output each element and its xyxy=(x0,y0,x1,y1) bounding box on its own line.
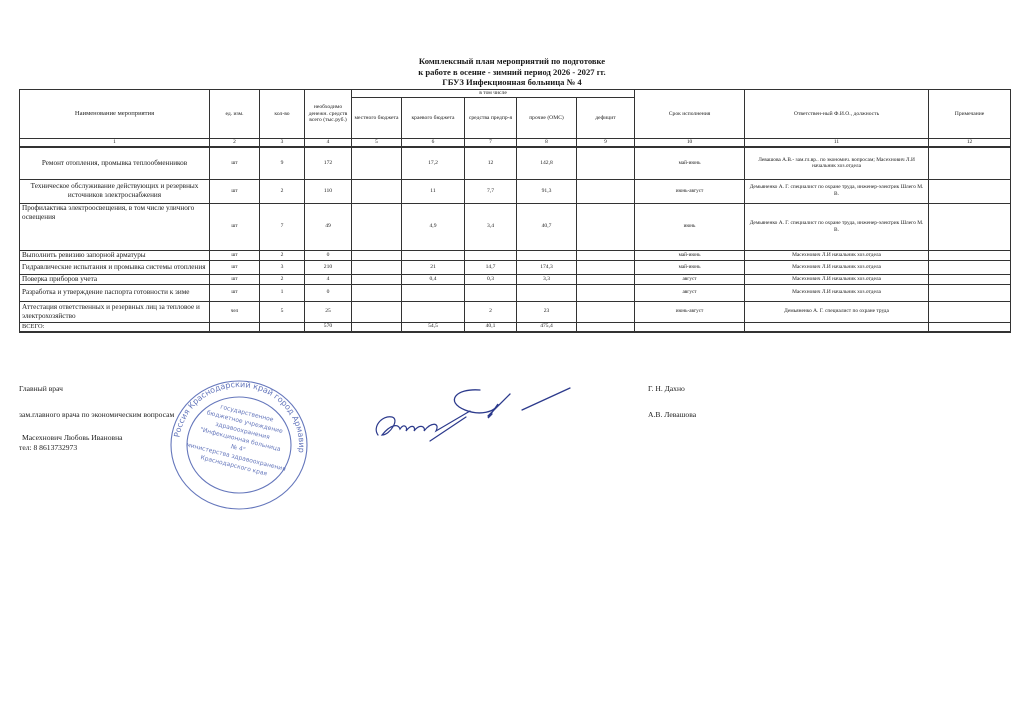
title-line-3: ГБУЗ Инфекционная больница № 4 xyxy=(0,77,1024,88)
total-funds-cell: 0 xyxy=(305,250,352,260)
regional-budget-cell: 11 xyxy=(402,179,465,203)
local-budget-cell xyxy=(352,274,402,284)
column-number: 6 xyxy=(402,139,465,148)
empty-cell xyxy=(745,322,929,332)
other-oms-cell: 174,3 xyxy=(517,260,577,274)
responsible-cell: Масехнович Л.И начальник хоз.отдела xyxy=(745,284,929,301)
responsible-cell: Демьяненко А. Г. специалист по охране тр… xyxy=(745,203,929,250)
table-row: Ремонт отопления, промывка теплообменник… xyxy=(20,147,1011,179)
total-funds-cell: 110 xyxy=(305,179,352,203)
regional-budget-cell: 21 xyxy=(402,260,465,274)
executor-phone: тел: 8 8613732973 xyxy=(19,443,77,452)
total-funds-cell: 25 xyxy=(305,301,352,322)
column-number: 7 xyxy=(465,139,517,148)
local-budget-cell xyxy=(352,260,402,274)
empty-cell xyxy=(210,322,260,332)
total-funds-cell: 4 xyxy=(305,274,352,284)
column-number: 8 xyxy=(517,139,577,148)
qty-cell: 2 xyxy=(260,250,305,260)
deadline-cell: июнь-август xyxy=(635,179,745,203)
activity-name: Выполнить ревизию запорной арматуры xyxy=(20,250,210,260)
deficit-cell xyxy=(577,301,635,322)
deficit-cell xyxy=(577,147,635,179)
column-number: 3 xyxy=(260,139,305,148)
regional-budget-cell: 4,9 xyxy=(402,203,465,250)
total-funds-cell: 210 xyxy=(305,260,352,274)
other-oms-cell: 142,8 xyxy=(517,147,577,179)
table-row: Профилактика электроосвещения, в том чис… xyxy=(20,203,1011,250)
enterprise-funds-cell: 12 xyxy=(465,147,517,179)
qty-cell: 2 xyxy=(260,274,305,284)
signature-deputy xyxy=(370,405,480,445)
other-oms-cell: 23 xyxy=(517,301,577,322)
total-funds-cell: 172 xyxy=(305,147,352,179)
header-deadline: Срок исполнения xyxy=(635,90,745,139)
deputy-title: зам.главного врача по экономическим вопр… xyxy=(19,410,174,419)
deadline-cell: август xyxy=(635,284,745,301)
header-total-funds: необходимо денежн. средств всего (тыс.ру… xyxy=(305,90,352,139)
local-budget-cell xyxy=(352,250,402,260)
responsible-cell: Демьяненко А. Г. специалист по охране тр… xyxy=(745,179,929,203)
table-row: Техническое обслуживание действующих и р… xyxy=(20,179,1011,203)
column-number: 5 xyxy=(352,139,402,148)
regional-budget-cell xyxy=(402,250,465,260)
activity-name: Профилактика электроосвещения, в том чис… xyxy=(20,203,210,250)
enterprise-funds-cell: 0,3 xyxy=(465,274,517,284)
header-deficit: дефицит xyxy=(577,98,635,139)
column-number: 4 xyxy=(305,139,352,148)
total-funds-sum: 570 xyxy=(305,322,352,332)
table-row: Разработка и утверждение паспорта готовн… xyxy=(20,284,1011,301)
responsible-cell: Масехнович Л.И начальник хоз.отдела xyxy=(745,260,929,274)
total-funds-cell: 49 xyxy=(305,203,352,250)
activity-name: Аттестация ответственных и резервных лиц… xyxy=(20,301,210,322)
total-label: ВСЕГО: xyxy=(20,322,210,332)
responsible-cell: Демьяненко А. Г. специалист по охране тр… xyxy=(745,301,929,322)
unit-cell: шт xyxy=(210,179,260,203)
column-number: 2 xyxy=(210,139,260,148)
official-stamp: Россия Краснодарский край город Армавир … xyxy=(168,378,310,512)
empty-cell xyxy=(577,322,635,332)
empty-cell xyxy=(635,322,745,332)
deadline-cell: май-июнь xyxy=(635,147,745,179)
local-budget-cell xyxy=(352,147,402,179)
header-regional-budget: краевого бюджета xyxy=(402,98,465,139)
header-responsible: Ответствен-ный Ф.И.О., должность xyxy=(745,90,929,139)
document-title: Комплексный план мероприятий по подготов… xyxy=(0,56,1024,88)
deputy-name: А.В. Левашова xyxy=(648,410,696,419)
activity-name: Гидравлические испытания и промывка сист… xyxy=(20,260,210,274)
regional-budget-cell xyxy=(402,284,465,301)
note-cell xyxy=(929,301,1011,322)
column-number: 1 xyxy=(20,139,210,148)
header-note: Примечание xyxy=(929,90,1011,139)
responsible-cell: Масехнович Л.И начальник хоз.отдела xyxy=(745,250,929,260)
plan-table-body: Ремонт отопления, промывка теплообменник… xyxy=(20,147,1011,332)
total-row: ВСЕГО:57054,540,1475,4 xyxy=(20,322,1011,332)
other-oms-cell: 91,3 xyxy=(517,179,577,203)
column-number: 9 xyxy=(577,139,635,148)
header-name: Наименование мероприятия xyxy=(20,90,210,139)
deficit-cell xyxy=(577,250,635,260)
deadline-cell: июнь-август xyxy=(635,301,745,322)
regional-budget-cell: 0,4 xyxy=(402,274,465,284)
empty-cell xyxy=(352,322,402,332)
deficit-cell xyxy=(577,260,635,274)
regional-budget-cell: 17,2 xyxy=(402,147,465,179)
empty-cell xyxy=(260,322,305,332)
column-number: 12 xyxy=(929,139,1011,148)
regional-sum: 54,5 xyxy=(402,322,465,332)
column-numbers-row: 1 2 3 4 5 6 7 8 9 10 11 12 xyxy=(20,139,1011,148)
enterprise-funds-cell: 7,7 xyxy=(465,179,517,203)
unit-cell: шт xyxy=(210,203,260,250)
header-qty: кол-во xyxy=(260,90,305,139)
table-row: Гидравлические испытания и промывка сист… xyxy=(20,260,1011,274)
header-enterprise-funds: средства предпр-я xyxy=(465,98,517,139)
regional-budget-cell xyxy=(402,301,465,322)
deficit-cell xyxy=(577,284,635,301)
qty-cell: 3 xyxy=(260,260,305,274)
column-number: 10 xyxy=(635,139,745,148)
unit-cell: шт xyxy=(210,147,260,179)
deficit-cell xyxy=(577,274,635,284)
oms-sum: 475,4 xyxy=(517,322,577,332)
unit-cell: шт xyxy=(210,284,260,301)
executor-name: Масехнович Любовь Ивановна xyxy=(22,433,123,442)
local-budget-cell xyxy=(352,284,402,301)
other-oms-cell: 40,7 xyxy=(517,203,577,250)
responsible-cell: Левашова А.В.- зам.гл.вр.. по экономич. … xyxy=(745,147,929,179)
activity-name: Ремонт отопления, промывка теплообменник… xyxy=(20,147,210,179)
note-cell xyxy=(929,284,1011,301)
activity-name: Техническое обслуживание действующих и р… xyxy=(20,179,210,203)
enterprise-funds-cell: 2 xyxy=(465,301,517,322)
local-budget-cell xyxy=(352,179,402,203)
note-cell xyxy=(929,274,1011,284)
header-unit: ед. изм. xyxy=(210,90,260,139)
local-budget-cell xyxy=(352,301,402,322)
title-line-1: Комплексный план мероприятий по подготов… xyxy=(0,56,1024,67)
empty-cell xyxy=(929,322,1011,332)
deadline-cell: май-июнь xyxy=(635,250,745,260)
unit-cell: шт xyxy=(210,250,260,260)
enterprise-funds-cell: 14,7 xyxy=(465,260,517,274)
title-line-2: к работе в осенне - зимний период 2026 -… xyxy=(0,67,1024,78)
table-row: Выполнить ревизию запорной арматурышт20м… xyxy=(20,250,1011,260)
qty-cell: 7 xyxy=(260,203,305,250)
enterprise-funds-cell xyxy=(465,284,517,301)
enterprise-funds-cell: 3,4 xyxy=(465,203,517,250)
qty-cell: 1 xyxy=(260,284,305,301)
other-oms-cell xyxy=(517,250,577,260)
table-row: Поверка приборов учеташт240,40,33,3авгус… xyxy=(20,274,1011,284)
chief-doctor-name: Г. Н. Дахно xyxy=(648,384,685,393)
header-local-budget: местного бюджета xyxy=(352,98,402,139)
deadline-cell: май-июнь xyxy=(635,260,745,274)
qty-cell: 5 xyxy=(260,301,305,322)
unit-cell: чел xyxy=(210,301,260,322)
table-row: Аттестация ответственных и резервных лиц… xyxy=(20,301,1011,322)
header-including: в том числе xyxy=(352,90,635,98)
unit-cell: шт xyxy=(210,274,260,284)
deficit-cell xyxy=(577,179,635,203)
deadline-cell: июнь xyxy=(635,203,745,250)
note-cell xyxy=(929,260,1011,274)
local-budget-cell xyxy=(352,203,402,250)
enterprise-sum: 40,1 xyxy=(465,322,517,332)
note-cell xyxy=(929,203,1011,250)
enterprise-funds-cell xyxy=(465,250,517,260)
unit-cell: шт xyxy=(210,260,260,274)
note-cell xyxy=(929,147,1011,179)
responsible-cell: Масехнович Л.И начальник хоз.отдела xyxy=(745,274,929,284)
activity-name: Поверка приборов учета xyxy=(20,274,210,284)
other-oms-cell: 3,3 xyxy=(517,274,577,284)
other-oms-cell xyxy=(517,284,577,301)
total-funds-cell: 0 xyxy=(305,284,352,301)
qty-cell: 2 xyxy=(260,179,305,203)
qty-cell: 9 xyxy=(260,147,305,179)
note-cell xyxy=(929,179,1011,203)
column-number: 11 xyxy=(745,139,929,148)
note-cell xyxy=(929,250,1011,260)
header-other-oms: прочие (ОМС) xyxy=(517,98,577,139)
chief-doctor-title: Главный врач xyxy=(19,384,63,393)
activity-plan-table: Наименование мероприятия ед. изм. кол-во… xyxy=(19,89,1011,333)
deadline-cell: август xyxy=(635,274,745,284)
deficit-cell xyxy=(577,203,635,250)
activity-name: Разработка и утверждение паспорта готовн… xyxy=(20,284,210,301)
